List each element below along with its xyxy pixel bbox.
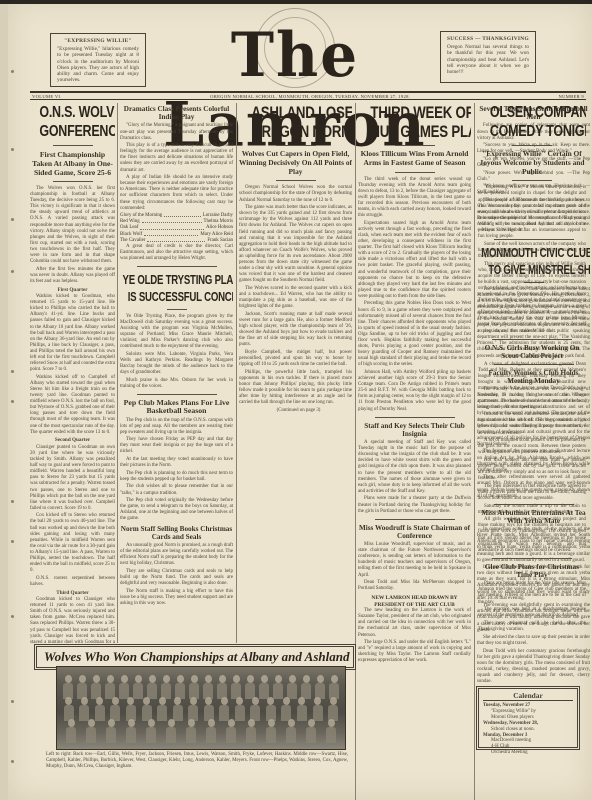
paragraph: Some of the well known actors of the com…: [478, 242, 586, 260]
paragraph: The men interested in this enterprise ha…: [478, 484, 586, 502]
headline: Norm Staff Selling Books Christmas Cards…: [120, 525, 233, 541]
headline: YE OLDE TRYSTING PLACE: [123, 271, 217, 288]
paragraph: The practice was held at a disadvantage …: [478, 607, 586, 619]
paragraph: The club wishes all to please remember t…: [120, 484, 233, 496]
player-figure: [315, 675, 325, 699]
player-figure: [266, 719, 276, 743]
divider: [492, 339, 572, 340]
player-figure: [266, 697, 276, 721]
divider: [395, 145, 435, 146]
calendar-entries: Tuesday, November 27"Expressing Willie" …: [483, 703, 573, 756]
calendar-event: Orchestra Meeting: [483, 750, 573, 756]
headline: OLSEN COMPANY'S: [490, 103, 574, 122]
deck: First Championship Taken At Albany in On…: [30, 150, 115, 177]
player-figure: [142, 697, 152, 721]
headline: Miss Woodruff is State Chairman of Confe…: [358, 524, 471, 540]
column-rule: [474, 103, 475, 800]
photo-banner: Wolves Who Won Championships at Albany a…: [36, 646, 354, 668]
paragraph: Soloists were Mrs. Labonte, Virginia Par…: [120, 352, 233, 376]
margin-dot: [11, 615, 14, 618]
article-lamron-head: NEW LAMRON HEAD DRAWN BY PRESIDENT OF TH…: [358, 595, 471, 664]
paragraph: Oregon Normal School Wolves won the norm…: [239, 185, 352, 203]
paragraph: An unusually good Norm is promised, as a…: [120, 543, 233, 567]
player-figure: [95, 697, 105, 721]
headline: OREGON NORMAL 12-0: [251, 122, 339, 141]
column-rule: [117, 103, 118, 643]
player-figure: [306, 719, 316, 743]
paragraph: A set of mounted scout posters will be p…: [478, 438, 586, 456]
player-figure: [203, 675, 213, 699]
article-body: "Expressing Willie," a Moroni Olsen prod…: [478, 185, 586, 334]
right-ear-title: SUCCESS — THANKSGIVING: [447, 36, 529, 42]
divider: [395, 172, 435, 173]
headline: Pep Club Makes Plans For Live Basketball…: [120, 399, 233, 415]
player-figure: [91, 675, 101, 699]
paragraph: The game was much better than the score …: [239, 205, 352, 284]
player-figure: [126, 697, 136, 721]
article-body: Miss Louise Woodruff, supervisor of musi…: [358, 542, 471, 592]
paragraph: Watkins kicked off to Campbell of Albany…: [30, 375, 115, 436]
deck: Kloos Tillicum Wins From Arnold Arms in …: [358, 150, 471, 168]
headline: NEW LAMRON HEAD DRAWN BY PRESIDENT OF TH…: [358, 595, 471, 608]
divider: [167, 309, 187, 310]
left-ear-title: "EXPRESSING WILLIE": [57, 38, 139, 44]
headline: O.N.S. WOLVES WIN: [39, 103, 105, 122]
column-6: OLSEN COMPANY'S COMEDY TONIGHT "Expressi…: [478, 103, 586, 688]
divider: [276, 145, 316, 146]
player-figure: [235, 697, 245, 721]
player-figure: [281, 697, 291, 721]
headline: GONFERENCE CUP: [39, 122, 105, 141]
article-body: "Glory of the Morning," a poignant and t…: [120, 123, 233, 211]
column-4: THIRD WEEK OF DO- NUT GAMES PLAYED Kloos…: [358, 103, 471, 800]
player-figure: [313, 697, 323, 721]
article-wolves-win: O.N.S. WOLVES WIN GONFERENCE CUP First C…: [30, 103, 115, 643]
paragraph: The third week of the donut series wound…: [358, 177, 471, 220]
headline: ASHLAND LOSES TO: [251, 103, 339, 122]
player-figure: [328, 697, 338, 721]
volume-label: VOLUME VI.: [32, 94, 62, 99]
subhead: Second Quarter: [30, 437, 115, 443]
player-figure: [166, 719, 176, 743]
player-figure: [66, 719, 76, 743]
player-figure: [326, 719, 336, 743]
player-figure: [86, 719, 96, 743]
player-figure: [157, 697, 167, 721]
article-pep-club: Pep Club Makes Plans For Live Basketball…: [120, 399, 233, 522]
margin-dot: [11, 760, 14, 763]
paragraph: The Norm staff is making a big effort to…: [120, 589, 233, 607]
subhead: First Quarter: [30, 287, 115, 293]
player-figure: [204, 697, 214, 721]
player-figure: [161, 675, 171, 699]
paragraph: "Glory of the Morning," a poignant and t…: [120, 123, 233, 141]
paragraph: Jackson, Scott's running mate at half ma…: [239, 312, 352, 349]
headline: Glee Club Plans for Christmas Time Play: [478, 563, 586, 579]
article-woodruff: Miss Woodruff is State Chairman of Confe…: [358, 524, 471, 593]
player-figure: [64, 697, 74, 721]
headline: O.N.S. Girls Busy Working On Scout Cabin…: [478, 344, 586, 360]
article-donut-games: THIRD WEEK OF DO- NUT GAMES PLAYED Kloos…: [358, 103, 471, 413]
player-figure: [245, 675, 255, 699]
margin-dot: [11, 540, 14, 543]
paragraph: The new heading on the Lamron is the wor…: [358, 608, 471, 638]
player-figure: [189, 675, 199, 699]
player-figure: [188, 697, 198, 721]
divider: [53, 181, 93, 182]
player-figure: [175, 675, 185, 699]
player-figure: [273, 675, 283, 699]
page-top-edge: [0, 0, 592, 4]
player-figure: [226, 719, 236, 743]
paragraph: Boyle Campbell, the midget half, but pow…: [239, 350, 352, 368]
player-figure: [250, 697, 260, 721]
paragraph: The Wolves scored in the second quarter …: [239, 286, 352, 310]
headline: COMEDY TONIGHT: [490, 122, 574, 141]
player-figure: [206, 719, 216, 743]
article-staff-key: Staff and Key Selects Their Club Insigni…: [358, 422, 471, 515]
left-ear-box: "EXPRESSING WILLIE" "Expressing Willie,"…: [50, 33, 146, 87]
divider: [137, 266, 217, 267]
player-figure: [147, 675, 157, 699]
column-rule: [236, 103, 237, 643]
margin-dot: [11, 700, 14, 703]
player-figure: [286, 719, 296, 743]
player-figure: [119, 675, 129, 699]
player-figure: [126, 719, 136, 743]
divider: [375, 519, 455, 520]
deck: "Expressing Willie" Certain Of Joyous We…: [478, 150, 586, 176]
player-figure: [301, 675, 311, 699]
paragraph: This play is of a type that is very diff…: [120, 143, 233, 173]
paragraph: "Expressing Willie," a Moroni Olsen prod…: [478, 185, 586, 240]
paragraph: Phillips, the powerful little back, tram…: [239, 370, 352, 407]
paragraph: A play of Indian life should be an inten…: [120, 175, 233, 212]
player-figure: [106, 719, 116, 743]
player-figure: [77, 675, 87, 699]
divider: [512, 180, 552, 181]
article-body: Ye Olde Trysting Place, the program give…: [120, 314, 233, 390]
subhead: Third Quarter: [30, 590, 115, 596]
player-figure: [173, 697, 183, 721]
right-ear-text: Oregon Normal has several things to be t…: [447, 44, 529, 75]
paragraph: Johnson Hall, with Ambry Wolford piling …: [358, 370, 471, 413]
paragraph: The Pep club is on the map of the O.N.S.…: [120, 418, 233, 436]
player-figure: [297, 697, 307, 721]
paragraph: A chorus of delighted exclamations greet…: [478, 362, 586, 411]
article-body: An unusually good Norm is promised, as a…: [120, 543, 233, 607]
paragraph: Plans were made for a theater party at t…: [358, 496, 471, 514]
paragraph: Hot dish holders and hot dish mats are a…: [478, 458, 586, 482]
deck: Wolves Cut Capers in Open Field, Winning…: [239, 150, 352, 176]
paragraph: All girls working on the scout cabin pro…: [478, 517, 586, 554]
photo-caption: Left to right: Back row—Earl, Gillis, We…: [46, 752, 348, 770]
player-figure: [259, 675, 269, 699]
paragraph: Instead of the usual cumbersome benches,…: [478, 412, 586, 436]
margin-dot: [11, 148, 14, 151]
column-rule: [355, 103, 356, 800]
article-ashland: ASHLAND LOSES TO OREGON NORMAL 12-0 Wolv…: [239, 103, 352, 414]
paragraph: This merry and sagacious play tells of W…: [478, 262, 586, 335]
headline: Dramatics Class Presents Colorful Indian…: [120, 105, 233, 121]
continued-note: (Continued on page 3): [239, 408, 352, 414]
paragraph: Plans are being made for the Yule tide s…: [478, 581, 586, 605]
paragraph: A great deal of credit is due the direct…: [120, 244, 233, 262]
player-figure: [231, 675, 241, 699]
article-body: A special meeting of Staff and Key was c…: [358, 440, 471, 515]
article-olsen: OLSEN COMPANY'S COMEDY TONIGHT "Expressi…: [478, 103, 586, 335]
article-norm-staff: Norm Staff Selling Books Christmas Cards…: [120, 525, 233, 607]
issue-number: NUMBER 9: [559, 94, 585, 99]
calendar-title: Calendar: [483, 691, 573, 701]
paragraph: Goodman kicked to Clausiger who returned…: [30, 597, 115, 643]
player-figure: [133, 675, 143, 699]
margin-dot: [11, 500, 14, 503]
player-figure: [219, 697, 229, 721]
team-photo: [56, 666, 346, 750]
margin-dot: [11, 218, 14, 221]
column-1: O.N.S. WOLVES WIN GONFERENCE CUP First C…: [30, 103, 115, 643]
paragraph: Expectations soared high as Arnold Arms …: [358, 221, 471, 300]
player-figure: [146, 719, 156, 743]
headline: NUT GAMES PLAYED: [370, 122, 458, 141]
calendar-box: Calendar Tuesday, November 27"Expressing…: [478, 688, 578, 748]
headline: IS SUCCESSFUL CONCERT: [128, 288, 218, 305]
masthead-title: The Lamron: [160, 20, 430, 89]
article-body: A chorus of delighted exclamations greet…: [478, 362, 586, 554]
margin-dot: [11, 270, 14, 273]
player-figure: [186, 719, 196, 743]
article-body: The Wolves won O.N.S. her first champion…: [30, 186, 115, 643]
divider: [375, 417, 455, 418]
column-2: Dramatics Class Presents Colorful Indian…: [120, 103, 233, 643]
article-body: The third week of the donut series wound…: [358, 177, 471, 413]
player-figure: [105, 675, 115, 699]
paragraph: The Wolves won O.N.S. her first champion…: [30, 186, 115, 265]
cast-list: Glory of the MorningLorraine DarbyRed Wi…: [120, 213, 233, 243]
player-figure: [287, 675, 297, 699]
article-body: Plans are being made for the Yule tide s…: [478, 581, 586, 633]
paragraph: At the last meeting they voted unanimous…: [120, 457, 233, 469]
paragraph: They have chosen Friday as PEP day and t…: [120, 437, 233, 455]
article-body: The new heading on the Lamron is the wor…: [358, 608, 471, 664]
paragraph: They are selling Christmas cards and sea…: [120, 569, 233, 587]
divider: [276, 180, 316, 181]
article-scout-cabin: O.N.S. Girls Busy Working On Scout Cabin…: [478, 344, 586, 554]
divider: [137, 394, 217, 395]
headline: Staff and Key Selects Their Club Insigni…: [358, 422, 471, 438]
article-trysting: YE OLDE TRYSTING PLACE IS SUCCESSFUL CON…: [120, 271, 233, 390]
margin-dot: [11, 370, 14, 373]
paragraph: A special meeting of Staff and Key was c…: [358, 440, 471, 495]
margin-dot: [11, 400, 14, 403]
column-3: ASHLAND LOSES TO OREGON NORMAL 12-0 Wolv…: [239, 103, 352, 643]
paragraph: Clausiger punted to Goodman on own 20 ya…: [30, 445, 115, 512]
paragraph: Saturday the scouts made a trip to the c…: [478, 504, 586, 516]
article-body: Oregon Normal School Wolves won the norm…: [239, 185, 352, 413]
left-ear-text: "Expressing Willie," hilarious comedy to…: [57, 46, 139, 83]
paragraph: The next rehearsal will be held after th…: [478, 621, 586, 633]
paragraph: Much praise is due Mrs. Osborn for her w…: [120, 378, 233, 390]
dateline: OREGON NORMAL SCHOOL, MONMOUTH, OREGON, …: [210, 94, 410, 99]
player-figure: [79, 697, 89, 721]
right-ear-box: SUCCESS — THANKSGIVING Oregon Normal has…: [440, 31, 536, 83]
paragraph: Preceding this game Nobles Hoo Doos took…: [358, 301, 471, 368]
folio-line: VOLUME VI. OREGON NORMAL SCHOOL, MONMOUT…: [30, 91, 586, 100]
divider: [512, 145, 552, 146]
paragraph: After the first few minutes the game was…: [30, 267, 115, 285]
margin-dot: [11, 70, 14, 73]
player-figure: [217, 675, 227, 699]
paragraph: O.N.S. rooters serpentined between halve…: [30, 576, 115, 588]
paragraph: Ye Olde Trysting Place, the program give…: [120, 314, 233, 351]
player-figure: [63, 675, 73, 699]
player-figure: [246, 719, 256, 743]
player-figure: [329, 675, 339, 699]
headline: THIRD WEEK OF DO-: [370, 103, 458, 122]
paragraph: The Pep club voted originally the Wednes…: [120, 498, 233, 522]
paragraph: The Pep club is planning to do much this…: [120, 471, 233, 483]
article-body: The Pep club is on the map of the O.N.S.…: [120, 418, 233, 523]
article-dramatics: Dramatics Class Presents Colorful Indian…: [120, 105, 233, 262]
article-glee-club: Glee Club Plans for Christmas Time Play …: [478, 563, 586, 633]
paragraph: Miss Louise Woodruff, supervisor of musi…: [358, 542, 471, 579]
paragraph: Watkins kicked to Goodman, who returned …: [30, 294, 115, 373]
player-figure: [110, 697, 120, 721]
divider: [53, 145, 93, 146]
paragraph: Dean Todd and Miss Ida McPherson shopped…: [358, 580, 471, 592]
paragraph: Cox kicked off to Stereo who returned th…: [30, 513, 115, 574]
paragraph: The large O.N.S. and under the old Engli…: [358, 640, 471, 664]
divider: [492, 558, 572, 559]
